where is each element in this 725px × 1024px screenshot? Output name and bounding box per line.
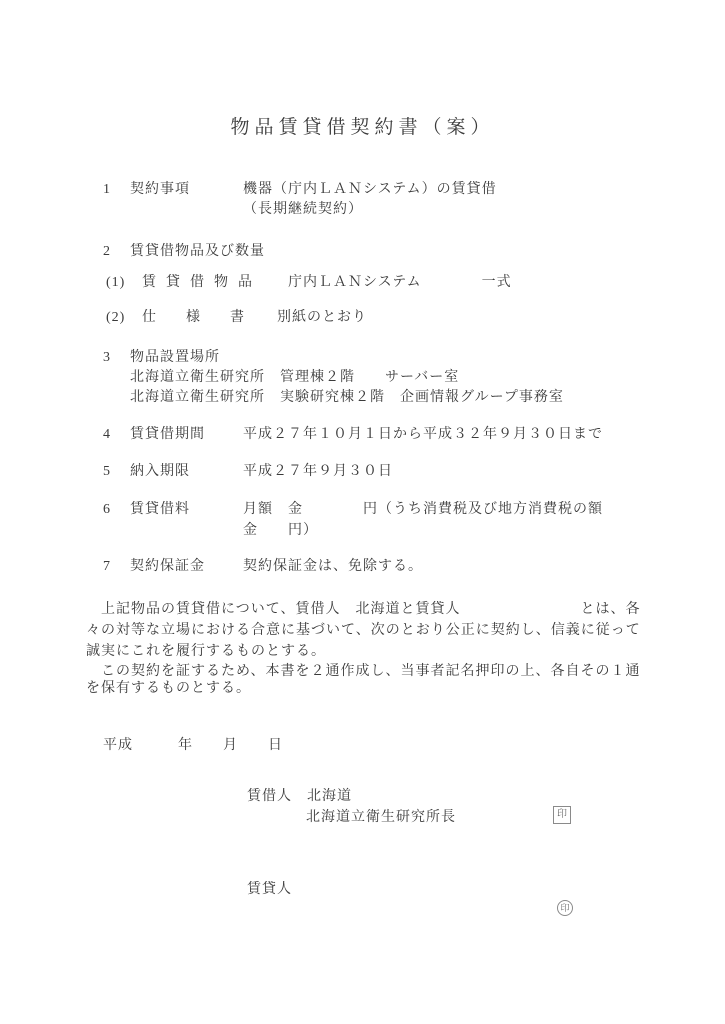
item-3-location-1: 北海道立衛生研究所 管理棟２階 サーバー室: [130, 368, 459, 388]
paragraph-line-2: 々の対等な立場における合意に基づいて、次のとおり公正に契約し、信義に従って: [86, 621, 641, 641]
item-6-content-line1: 月額 金 円（うち消費税及び地方消費税の額: [243, 500, 603, 520]
subitem-1-content: 庁内ＬＡＮシステム 一式: [288, 273, 512, 293]
item-6-label: 賃貸借料: [130, 500, 190, 520]
item-6-number: 6: [103, 500, 111, 520]
item-5-number: 5: [103, 462, 111, 482]
paragraph-line-1: 上記物品の賃貸借について、賃借人 北海道と賃貸人 とは、各: [86, 600, 640, 620]
item-3-location-2: 北海道立衛生研究所 実験研究棟２階 企画情報グループ事務室: [130, 388, 564, 408]
lessee-org-line: 北海道立衛生研究所長: [306, 808, 456, 828]
item-7-label: 契約保証金: [130, 557, 205, 577]
subitem-1-label: 賃貸借物品: [142, 273, 262, 293]
item-1-content-line2: （長期継続契約）: [243, 200, 363, 220]
item-3-label: 物品設置場所: [130, 348, 220, 368]
subitem-1-paren: (1): [106, 273, 125, 293]
paragraph-line-5: を保有するものとする。: [86, 679, 251, 699]
lessor-name-line: 賃貸人: [247, 880, 292, 900]
subitem-2-paren: (2): [106, 308, 125, 328]
item-7-number: 7: [103, 557, 111, 577]
lessor-seal-icon: 印: [557, 900, 573, 916]
item-7-content: 契約保証金は、免除する。: [243, 557, 423, 577]
item-2-number: 2: [103, 242, 111, 262]
contract-document-page: 物品賃貸借契約書（案） 1 契約事項 機器（庁内ＬＡＮシステム）の賃貸借 （長期…: [0, 0, 725, 1024]
lessee-name-line: 賃借人 北海道: [247, 787, 352, 807]
item-6-content-line2: 金 円）: [243, 521, 318, 541]
item-4-content: 平成２７年１０月１日から平成３２年９月３０日まで: [243, 425, 603, 445]
page-title: 物品賃貸借契約書（案）: [0, 112, 725, 139]
item-3-number: 3: [103, 348, 111, 368]
subitem-2-label: 仕様書: [142, 308, 274, 328]
item-5-label: 納入期限: [130, 462, 190, 482]
item-5-content: 平成２７年９月３０日: [243, 462, 393, 482]
date-line: 平成 年 月 日: [103, 736, 283, 756]
item-4-number: 4: [103, 425, 111, 445]
item-1-content-line1: 機器（庁内ＬＡＮシステム）の賃貸借: [243, 180, 497, 200]
item-2-label: 賃貸借物品及び数量: [130, 242, 265, 262]
lessee-seal-icon: 印: [553, 806, 571, 824]
item-4-label: 賃貸借期間: [130, 425, 205, 445]
paragraph-line-3: 誠実にこれを履行するものとする。: [86, 642, 326, 662]
item-1-number: 1: [103, 180, 111, 200]
item-1-label: 契約事項: [130, 180, 190, 200]
subitem-2-content: 別紙のとおり: [277, 308, 367, 328]
